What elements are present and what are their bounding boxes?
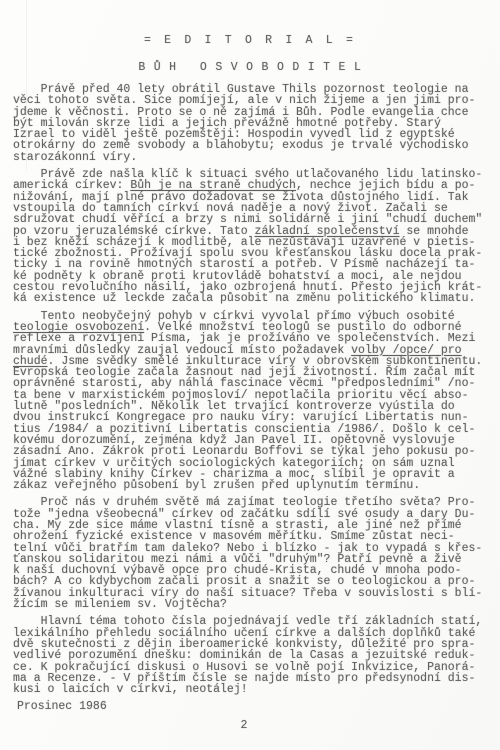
text-line: ohrožení fyzické existence v masovém měř… [13, 531, 492, 542]
text-line: starozákonní víry. [13, 152, 492, 163]
paragraph: Právě před 40 lety obrátil Gustave Thils… [13, 84, 492, 163]
paragraph: Proč nás v druhém světě má zajímat teolo… [13, 497, 492, 610]
text-line: sdružovat chudí věřící a brzy s nimi sol… [13, 214, 492, 225]
paragraph: Hlavní téma tohoto čísla pojednávají ved… [13, 616, 492, 695]
page-number: 2 [0, 719, 488, 732]
issue-date: Prosinec 1986 [17, 700, 107, 713]
document-body: Právě před 40 lety obrátil Gustave Thils… [13, 84, 492, 701]
text-line: věci tohoto světa. Sice pomíjejí, ale v … [13, 95, 492, 106]
text-line: dvou instrukcí Kongregace pro nauku víry… [13, 412, 492, 423]
text-line: kusi o laicích v církvi, neotálej! [13, 684, 492, 695]
text-line: vedlivé porozumění dnešku: dominikán de … [13, 650, 492, 661]
article-title: B Ů H O S V O B O D I T E L [0, 61, 500, 74]
text-line: žícím se mileniem sv. Vojtěcha? [13, 599, 492, 610]
paragraph: Tento neobyčejný pohyb v církvi vyvolal … [13, 311, 492, 492]
text-line: americká církev: Bůh je na straně chudýc… [13, 180, 492, 191]
paragraph: Právě zde našla klíč k situaci svého utl… [13, 169, 492, 305]
editorial-masthead: = E D I T O R I A L = [0, 34, 500, 47]
text-line: zásadní Ano. Zákrok proti Leonardu Boffo… [13, 446, 492, 457]
text-line: Proč nás v druhém světě má zajímat teolo… [13, 497, 492, 508]
text-line: Hlavní téma tohoto čísla pojednávají ved… [13, 616, 492, 627]
text-line: ká existence už leckde začala působit na… [13, 293, 492, 304]
text-line: zákaz veřejného působení byl zrušen před… [13, 480, 492, 491]
scanned-document-page: = E D I T O R I A L = B Ů H O S V O B O … [0, 0, 500, 750]
